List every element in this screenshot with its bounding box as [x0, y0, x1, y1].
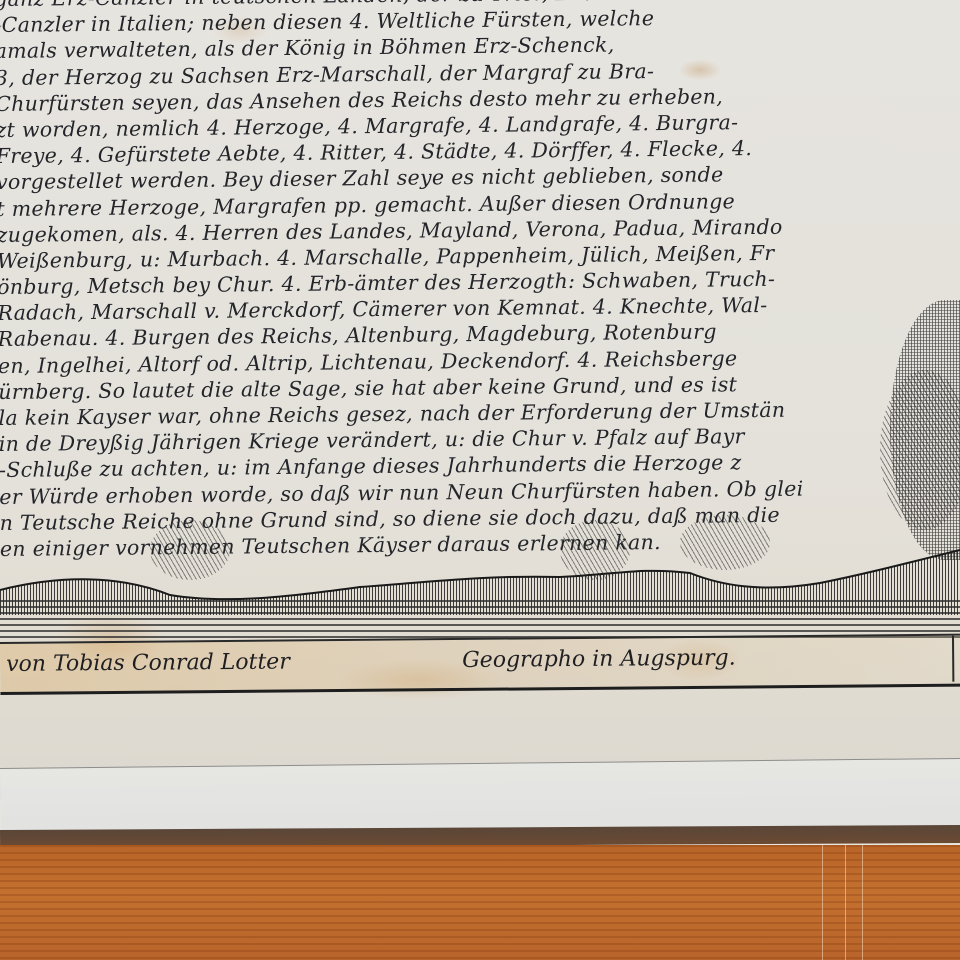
hatched-cloud-icon — [880, 370, 960, 530]
framed-engraving-photo: ganz Erz-Canzler in teutschen Landen, de… — [0, 0, 960, 960]
engraver-signature: von Tobias Conrad Lotter — [6, 649, 290, 676]
imprint-border — [952, 636, 954, 682]
engraved-text-block: ganz Erz-Canzler in teutschen Landen, de… — [0, 0, 960, 562]
frame-scratch — [845, 845, 846, 960]
frame-scratch — [862, 845, 863, 960]
engraver-location: Geographo in Augspurg. — [462, 646, 736, 673]
wooden-frame — [0, 845, 960, 960]
frame-scratch — [822, 845, 823, 960]
imprint-strip: von Tobias Conrad Lotter Geographo in Au… — [0, 634, 960, 695]
